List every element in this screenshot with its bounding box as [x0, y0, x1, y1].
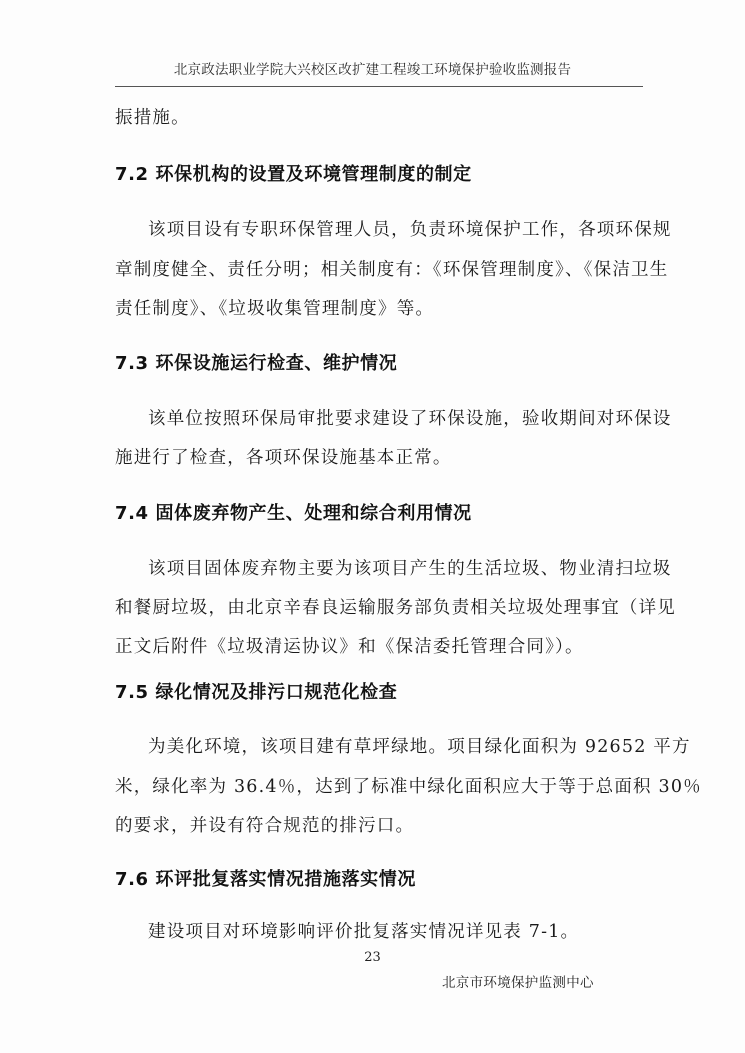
paragraph-line: 责任制度》、《垃圾收集管理制度》等。 [115, 295, 434, 320]
paragraph-line: 建设项目对环境影响评价批复落实情况详见表 7-1。 [148, 918, 579, 943]
section-heading-7-6: 7.6 环评批复落实情况措施落实情况 [115, 865, 416, 891]
page-number: 23 [0, 950, 745, 965]
header-divider [115, 86, 643, 87]
section-heading-7-4: 7.4 固体废弃物产生、处理和综合利用情况 [115, 499, 472, 525]
paragraph-line: 施进行了检查，各项环保设施基本正常。 [115, 444, 452, 469]
footer-organization: 北京市环境保护监测中心 [442, 971, 594, 991]
paragraph-line: 米，绿化率为 36.4％，达到了标准中绿化面积应大于等于总面积 30％ [115, 773, 702, 798]
paragraph-line: 的要求，并设有符合规范的排污口。 [115, 812, 414, 837]
paragraph-line: 该项目设有专职环保管理人员，负责环境保护工作，各项环保规 [148, 216, 672, 241]
report-header-title: 北京政法职业学院大兴校区改扩建工程竣工环境保护验收监测报告 [0, 58, 745, 78]
paragraph-line: 章制度健全、责任分明；相关制度有：《环保管理制度》、《保洁卫生 [115, 256, 668, 281]
section-heading-7-2: 7.2 环保机构的设置及环境管理制度的制定 [115, 160, 472, 186]
paragraph-line: 正文后附件《垃圾清运协议》和《保洁委托管理合同》）。 [115, 633, 584, 658]
paragraph-line: 和餐厨垃圾，由北京辛春良运输服务部负责相关垃圾处理事宜（详见 [115, 594, 676, 619]
paragraph-line: 该单位按照环保局审批要求建设了环保设施，验收期间对环保设 [148, 405, 672, 430]
section-heading-7-3: 7.3 环保设施运行检查、维护情况 [115, 349, 397, 375]
section-heading-7-5: 7.5 绿化情况及排污口规范化检查 [115, 678, 397, 704]
document-page: 北京政法职业学院大兴校区改扩建工程竣工环境保护验收监测报告 振措施。 7.2 环… [0, 0, 745, 1053]
paragraph-line: 为美化环境，该项目建有草坪绿地。项目绿化面积为 92652 平方 [148, 733, 691, 758]
paragraph-line: 该项目固体废弃物主要为该项目产生的生活垃圾、物业清扫垃圾 [148, 555, 672, 580]
continuation-text: 振措施。 [115, 104, 190, 129]
